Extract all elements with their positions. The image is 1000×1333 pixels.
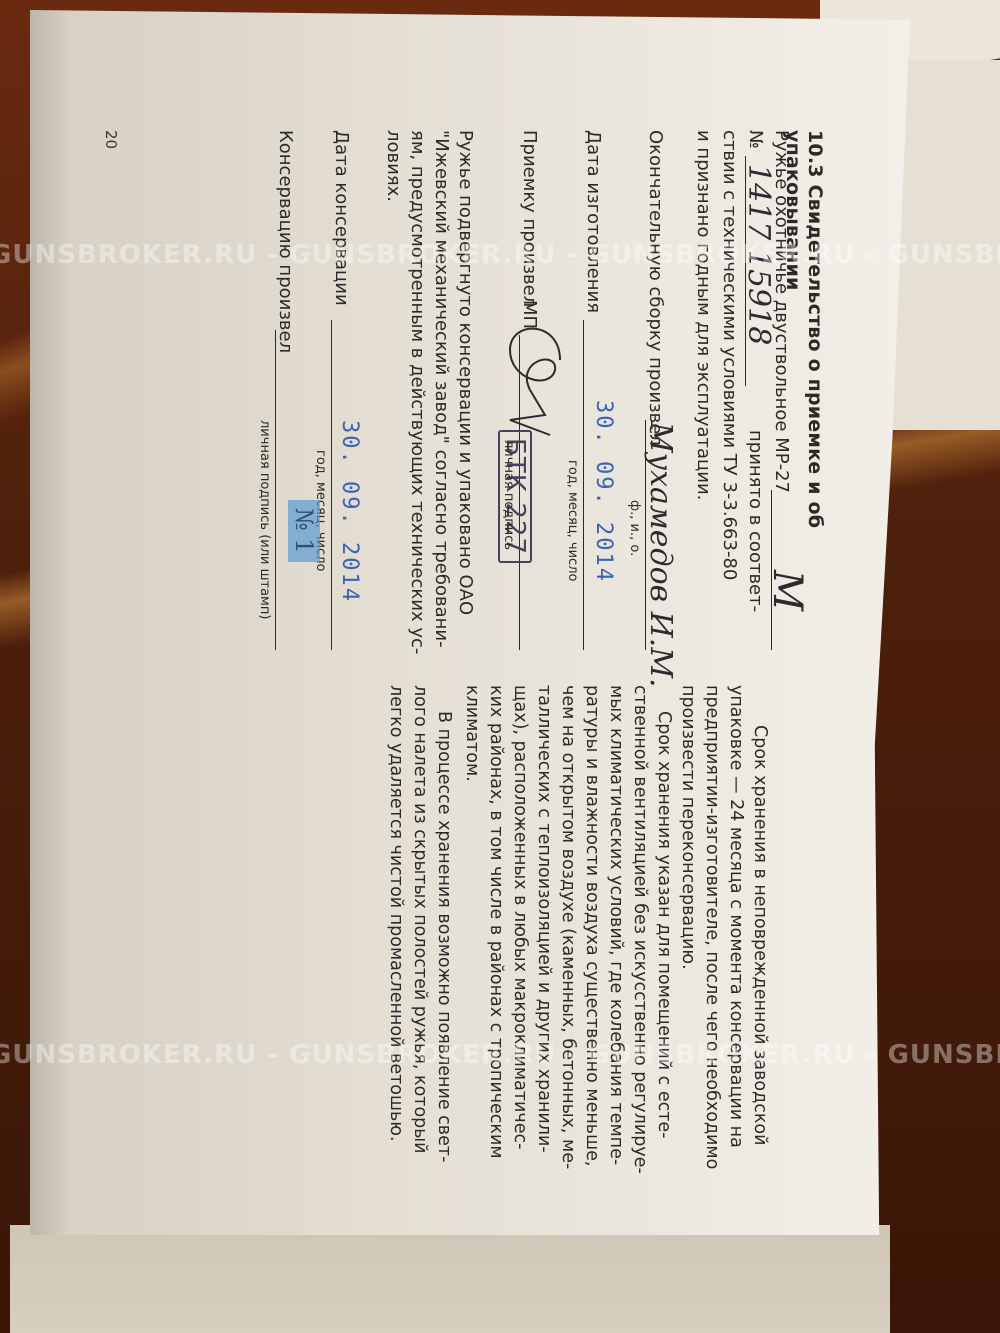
final-assembly-caption: ф., и., о. <box>627 500 642 556</box>
acceptance-by-label: Приемку произвел <box>519 130 540 307</box>
storage-para-2-line-9: климатом. <box>462 685 482 782</box>
storage-para-2-line-6: таллических с теплоизоляцией и других хр… <box>534 685 554 1153</box>
storage-para-2-line-4: ратуры и влажности воздуха существенно м… <box>582 685 602 1166</box>
acceptance-caption: личная подпись <box>501 440 516 550</box>
storage-para-2-line-2: ственной вентиляцией без искусственно ре… <box>630 685 650 1174</box>
storage-para-1-line-2: упаковке — 24 месяца с момента консервац… <box>726 685 746 1148</box>
conservation-date-label: Дата консервации <box>331 130 352 306</box>
acceptance-line-number-label: № <box>745 130 766 149</box>
acceptance-line-4: и признано годным для эксплуатации. <box>693 130 714 500</box>
storage-para-2-line-5: чем на открытом воздухе (каменных, бетон… <box>558 685 578 1169</box>
conservation-text-2: "Ижевский механический завод" согласно т… <box>431 130 452 648</box>
conservation-text-1: Ружье подвергнуто консервации и упакован… <box>455 130 476 615</box>
storage-para-2-line-7: щах), расположенных в любых макроклимати… <box>510 685 530 1149</box>
conservation-signature-field <box>275 330 276 650</box>
storage-para-3-line-3: легко удаляется чистой промасленной вето… <box>386 685 406 1142</box>
handwritten-serial-number: 1417 15918 <box>741 164 776 345</box>
conservation-text-4: ловиях. <box>383 130 404 202</box>
acceptance-line-2: принято в соответ- <box>745 430 766 612</box>
acceptance-line-3: ствии с техническими условиями ТУ 3-3.66… <box>719 130 740 580</box>
storage-para-2-line-1: Срок хранения указан для помещений с ест… <box>654 711 674 1139</box>
conservation-stamp: № 1 <box>288 500 320 562</box>
storage-para-1-line-4: произвести переконсервацию. <box>678 685 698 970</box>
storage-para-2-line-3: мых климатических условий, где колебания… <box>606 685 626 1165</box>
booklet-next-page-edge <box>10 1225 890 1333</box>
page-number: 20 <box>102 130 120 149</box>
conservation-text-3: ям, предусмотренным в действующих технич… <box>407 130 428 654</box>
storage-para-3-line-2: лого налета из скрытых полостей ружья, к… <box>410 685 430 1153</box>
conservation-date-field <box>331 320 332 650</box>
storage-para-1-line-1: Срок хранения в неповрежденной заводской <box>750 725 770 1145</box>
handwritten-model-suffix: М <box>764 570 810 611</box>
storage-para-2-line-8: ких районах, в том числе в районах с тро… <box>486 685 506 1159</box>
page-content-rotated: 10.3 Свидетельство о приемке и об упаков… <box>50 60 850 1240</box>
manufacture-date-field <box>583 320 584 650</box>
conservation-caption: личная подпись (или штамп) <box>257 420 272 619</box>
conservation-date-stamp: 30. 09. 2014 <box>337 420 362 603</box>
conservation-by-label: Консервацию произвел <box>275 130 296 353</box>
storage-para-3-line-1: В процессе хранения возможно появление с… <box>434 711 454 1162</box>
final-assembly-signature: Мухамедов И.М. <box>643 422 678 688</box>
final-assembly-label: Окончательную сборку произвел <box>645 130 666 446</box>
manufacture-date-stamp: 30. 09. 2014 <box>591 400 616 583</box>
manufacture-date-caption: год, месяц, число <box>565 460 580 581</box>
manufacture-date-label: Дата изготовления <box>583 130 604 313</box>
storage-para-1-line-3: предприятии-изготовителе, после чего нео… <box>702 685 722 1169</box>
